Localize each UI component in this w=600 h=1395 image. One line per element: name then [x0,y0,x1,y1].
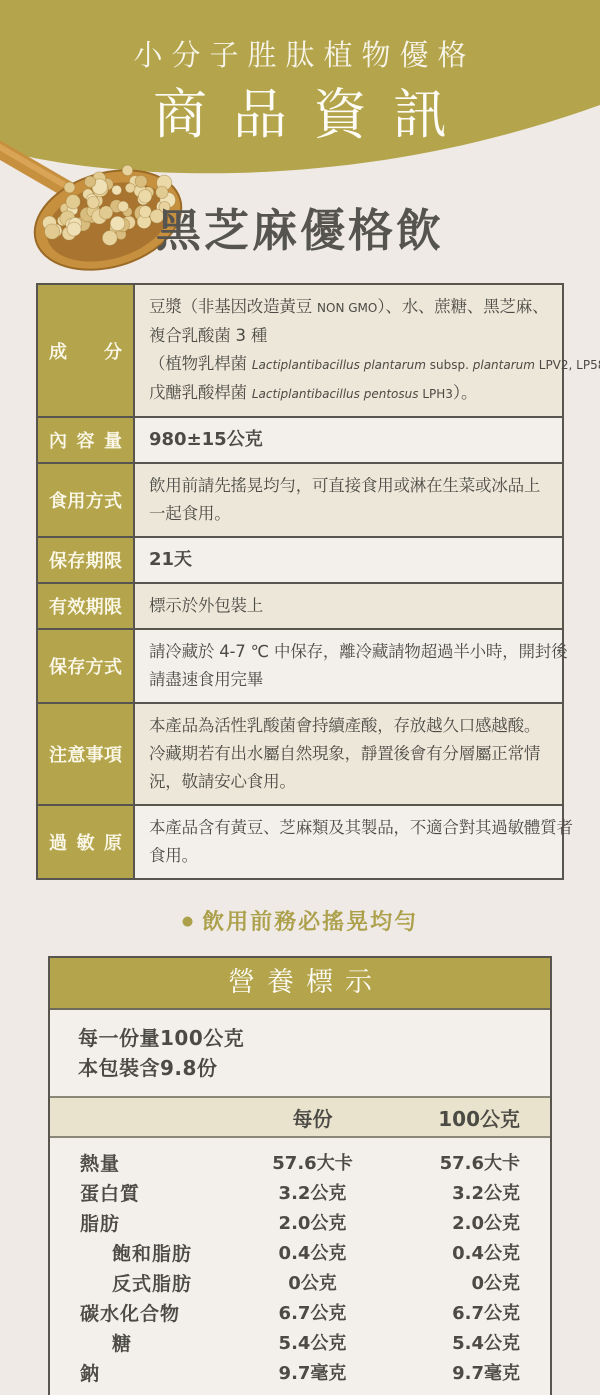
nutrient-per-100g: 6.7公克 [390,1299,550,1325]
nutrient-per-100g: 57.6大卡 [390,1149,550,1175]
nutrient-per-serving: 0公克 [235,1269,390,1295]
info-row-label: 注意事項 [38,704,135,804]
info-row-label: 食用方式 [38,464,135,536]
info-row-5: 有效期限標示於外包裝上 [38,582,562,628]
nutrient-per-100g: 0公克 [390,1269,550,1295]
product-name: 黑芝麻優格飲 [0,194,600,259]
info-row-content: 本產品為活性乳酸菌會持續產酸，存放越久口感越酸。冷藏期若有出水屬自然現象，靜置後… [135,704,562,804]
col-header-per-serving: 每份 [235,1103,390,1132]
info-table: 成分豆漿（非基因改造黃豆 NON GMO）、水、蔗糖、黑芝麻、複合乳酸菌 3 種… [36,283,564,880]
info-row-2: 內容量980±15公克 [38,416,562,462]
info-row-8: 過敏原本產品含有黃豆、芝麻類及其製品，不適合對其過敏體質者食用。 [38,804,562,878]
nutrient-per-100g: 3.2公克 [390,1179,550,1205]
nutrition-body: 熱量57.6大卡57.6大卡蛋白質3.2公克3.2公克脂肪2.0公克2.0公克飽… [50,1138,550,1395]
nutrition-table: 營養標示 每一份量100公克 本包裝含9.8份 每份 100公克 熱量57.6大… [48,956,552,1395]
nutrient-row: 碳水化合物6.7公克6.7公克 [50,1297,550,1327]
info-row-content: 請冷藏於 4-7 ℃ 中保存，離冷藏請物超過半小時，開封後請盡速食用完畢 [135,630,562,702]
info-row-label: 成分 [38,285,135,416]
nutrient-per-serving: 3.2公克 [235,1179,390,1205]
info-row-label: 保存期限 [38,538,135,582]
nutrient-row: 蛋白質3.2公克3.2公克 [50,1177,550,1207]
nutrient-row: 脂肪2.0公克2.0公克 [50,1207,550,1237]
serving-info: 每一份量100公克 本包裝含9.8份 [50,1010,550,1098]
hero-subtitle: 小分子胜肽植物優格 [0,33,600,74]
info-row-content: 本產品含有黃豆、芝麻類及其製品，不適合對其過敏體質者食用。 [135,806,562,878]
nutrient-per-serving: 2.0公克 [235,1209,390,1235]
nutrient-row: 鈉9.7毫克9.7毫克 [50,1357,550,1387]
info-row-content: 飲用前請先搖晃均勻，可直接食用或淋在生菜或冰品上一起食用。 [135,464,562,536]
info-row-label: 保存方式 [38,630,135,702]
nutrient-name: 飽和脂肪 [50,1239,235,1266]
nutrient-row: 反式脂肪0公克0公克 [50,1267,550,1297]
nutrient-name: 糖 [50,1329,235,1356]
info-row-label: 過敏原 [38,806,135,878]
nutrient-row: 糖5.4公克5.4公克 [50,1327,550,1357]
info-row-content: 980±15公克 [135,418,562,462]
info-row-3: 食用方式飲用前請先搖晃均勻，可直接食用或淋在生菜或冰品上一起食用。 [38,462,562,536]
nutrient-per-serving: 57.6大卡 [235,1149,390,1175]
nutrient-name: 熱量 [50,1149,235,1176]
nutrient-per-100g: 9.7毫克 [390,1359,550,1385]
nutrient-per-serving: 6.7公克 [235,1299,390,1325]
nutrient-row: 熱量57.6大卡57.6大卡 [50,1147,550,1177]
nutrient-name: 蛋白質 [50,1179,235,1206]
info-row-7: 注意事項本產品為活性乳酸菌會持續產酸，存放越久口感越酸。冷藏期若有出水屬自然現象… [38,702,562,804]
hero-section: 小分子胜肽植物優格 商品資訊 黑芝麻優格飲 [0,0,600,272]
nutrient-per-serving: 5.4公克 [235,1329,390,1355]
nutrient-per-serving: 9.7毫克 [235,1359,390,1385]
info-row-4: 保存期限21天 [38,536,562,582]
shake-note: ●飲用前務必搖晃均勻 [0,905,600,936]
nutrient-name: 反式脂肪 [50,1269,235,1296]
nutrient-name: 脂肪 [50,1209,235,1236]
nutrient-per-100g: 0.4公克 [390,1239,550,1265]
serving-size: 每一份量100公克 [78,1023,550,1053]
info-row-label: 內容量 [38,418,135,462]
info-row-content: 標示於外包裝上 [135,584,562,628]
info-row-1: 成分豆漿（非基因改造黃豆 NON GMO）、水、蔗糖、黑芝麻、複合乳酸菌 3 種… [38,285,562,416]
nutrient-per-100g: 2.0公克 [390,1209,550,1235]
nutrient-per-100g: 5.4公克 [390,1329,550,1355]
info-row-6: 保存方式請冷藏於 4-7 ℃ 中保存，離冷藏請物超過半小時，開封後請盡速食用完畢 [38,628,562,702]
info-row-label: 有效期限 [38,584,135,628]
nutrient-name: 鈉 [50,1359,235,1386]
col-header-per-100g: 100公克 [390,1103,550,1132]
nutrition-title: 營養標示 [50,958,550,1010]
shake-note-text: 飲用前務必搖晃均勻 [202,910,418,935]
bullet-icon: ● [182,914,195,929]
nutrient-row: 飽和脂肪0.4公克0.4公克 [50,1237,550,1267]
nutrition-column-headers: 每份 100公克 [50,1098,550,1138]
nutrient-per-serving: 0.4公克 [235,1239,390,1265]
servings-per-package: 本包裝含9.8份 [78,1053,550,1083]
nutrient-name: 碳水化合物 [50,1299,235,1326]
info-row-content: 21天 [135,538,562,582]
info-row-content: 豆漿（非基因改造黃豆 NON GMO）、水、蔗糖、黑芝麻、複合乳酸菌 3 種（植… [135,285,562,416]
